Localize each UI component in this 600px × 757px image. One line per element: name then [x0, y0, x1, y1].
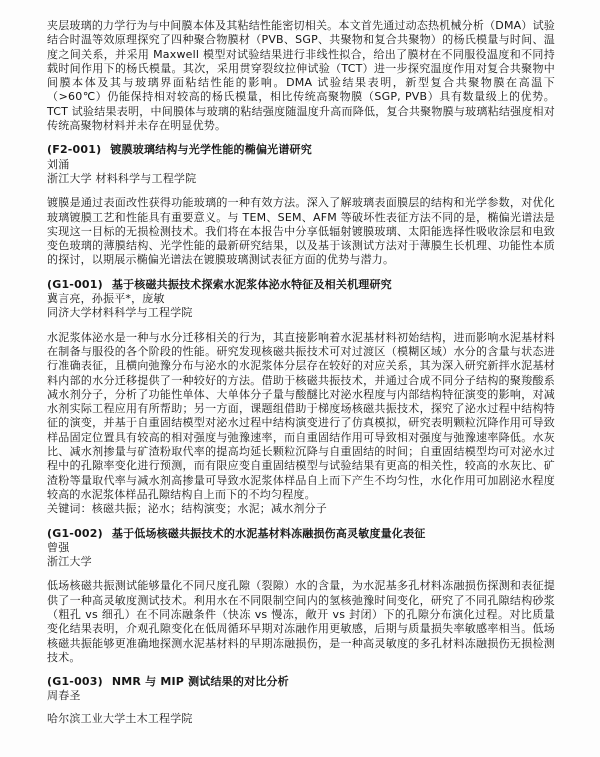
paper-title: NMR 与 MIP 测试结果的对比分析 — [112, 675, 289, 688]
paper-code: (G1-001) — [47, 278, 103, 291]
section-g1-002: (G1-002)基于低场核磁共振技术的水泥基材料冻融损伤高灵敏度量化表征 曾强 … — [47, 527, 555, 666]
paper-title: 镀膜玻璃结构与光学性能的椭偏光谱研究 — [110, 143, 312, 156]
paper-abstract: 低场核磁共振测试能够量化不同尺度孔隙（裂隙）水的含量，为水泥基多孔材料冻融损伤探… — [47, 579, 555, 665]
paper-code: (G1-003) — [47, 675, 103, 688]
abstract-book-page: 夹层玻璃的力学行为与中间膜本体及其粘结性能密切相关。本文首先通过动态热机械分析（… — [0, 0, 600, 757]
paper-code: (G1-002) — [47, 527, 103, 540]
paper-affiliation: 哈尔滨工业大学土木工程学院 — [47, 712, 555, 726]
section-g1-003: (G1-003)NMR 与 MIP 测试结果的对比分析 周春圣 哈尔滨工业大学土… — [47, 675, 555, 726]
paper-abstract: 镀膜是通过表面改性获得功能玻璃的一种有效方法。深入了解玻璃表面膜层的结构和光学参… — [47, 196, 555, 267]
section-heading: (G1-002)基于低场核磁共振技术的水泥基材料冻融损伤高灵敏度量化表征 — [47, 527, 555, 541]
paper-affiliation: 浙江大学 材料科学与工程学院 — [47, 172, 555, 186]
paper-affiliation: 浙江大学 — [47, 555, 555, 569]
paper-authors: 刘涌 — [47, 158, 555, 172]
section-heading: (G1-001)基于核磁共振技术探索水泥浆体泌水特征及相关机理研究 — [47, 278, 555, 292]
paper-code: (F2-001) — [47, 143, 101, 156]
paper-authors: 曾强 — [47, 541, 555, 555]
abstract-continuation-paragraph: 夹层玻璃的力学行为与中间膜本体及其粘结性能密切相关。本文首先通过动态热机械分析（… — [47, 19, 555, 133]
section-g1-001: (G1-001)基于核磁共振技术探索水泥浆体泌水特征及相关机理研究 冀言亮，孙振… — [47, 278, 555, 517]
paper-affiliation: 同济大学材料科学与工程学院 — [47, 306, 555, 320]
paper-keywords: 关键词：核磁共振；泌水；结构演变；水泥；减水剂分子 — [47, 502, 555, 516]
paper-title: 基于低场核磁共振技术的水泥基材料冻融损伤高灵敏度量化表征 — [112, 527, 426, 540]
section-f2-001: (F2-001)镀膜玻璃结构与光学性能的椭偏光谱研究 刘涌 浙江大学 材料科学与… — [47, 143, 555, 267]
paper-abstract: 水泥浆体泌水是一种与水分迁移相关的行为，其直接影响着水泥基材料初始结构，进而影响… — [47, 331, 555, 503]
paper-authors: 冀言亮，孙振平*，庞敏 — [47, 292, 555, 306]
paper-authors: 周春圣 — [47, 689, 555, 703]
section-heading: (F2-001)镀膜玻璃结构与光学性能的椭偏光谱研究 — [47, 143, 555, 157]
section-heading: (G1-003)NMR 与 MIP 测试结果的对比分析 — [47, 675, 555, 689]
paper-title: 基于核磁共振技术探索水泥浆体泌水特征及相关机理研究 — [112, 278, 392, 291]
